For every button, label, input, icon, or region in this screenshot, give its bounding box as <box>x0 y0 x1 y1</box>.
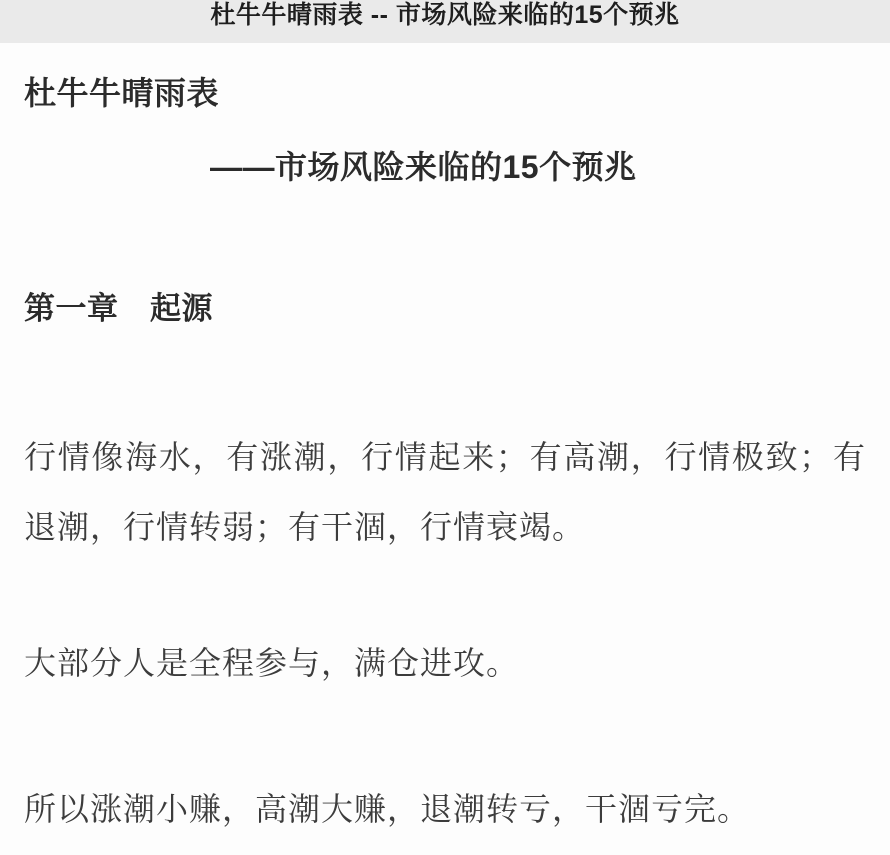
body-paragraph: 大部分人是全程参与，满仓进攻。 <box>24 628 866 698</box>
app-bar-document-title: 杜牛牛晴雨表 -- 市场风险来临的15个预兆 <box>210 0 679 29</box>
document-title: 杜牛牛晴雨表 <box>24 77 866 109</box>
document-subtitle: ——市场风险来临的15个预兆 <box>24 151 866 183</box>
app-title-bar: 杜牛牛晴雨表 -- 市场风险来临的15个预兆 <box>0 0 890 43</box>
document-page: 杜牛牛晴雨表 ——市场风险来临的15个预兆 第一章 起源 行情像海水，有涨潮，行… <box>0 77 890 844</box>
body-paragraph: 行情像海水，有涨潮，行情起来；有高潮，行情极致；有退潮，行情转弱；有干涸，行情衰… <box>24 422 866 562</box>
body-paragraph: 所以涨潮小赚，高潮大赚，退潮转亏，干涸亏完。 <box>24 774 866 844</box>
chapter-heading: 第一章 起源 <box>24 293 866 325</box>
